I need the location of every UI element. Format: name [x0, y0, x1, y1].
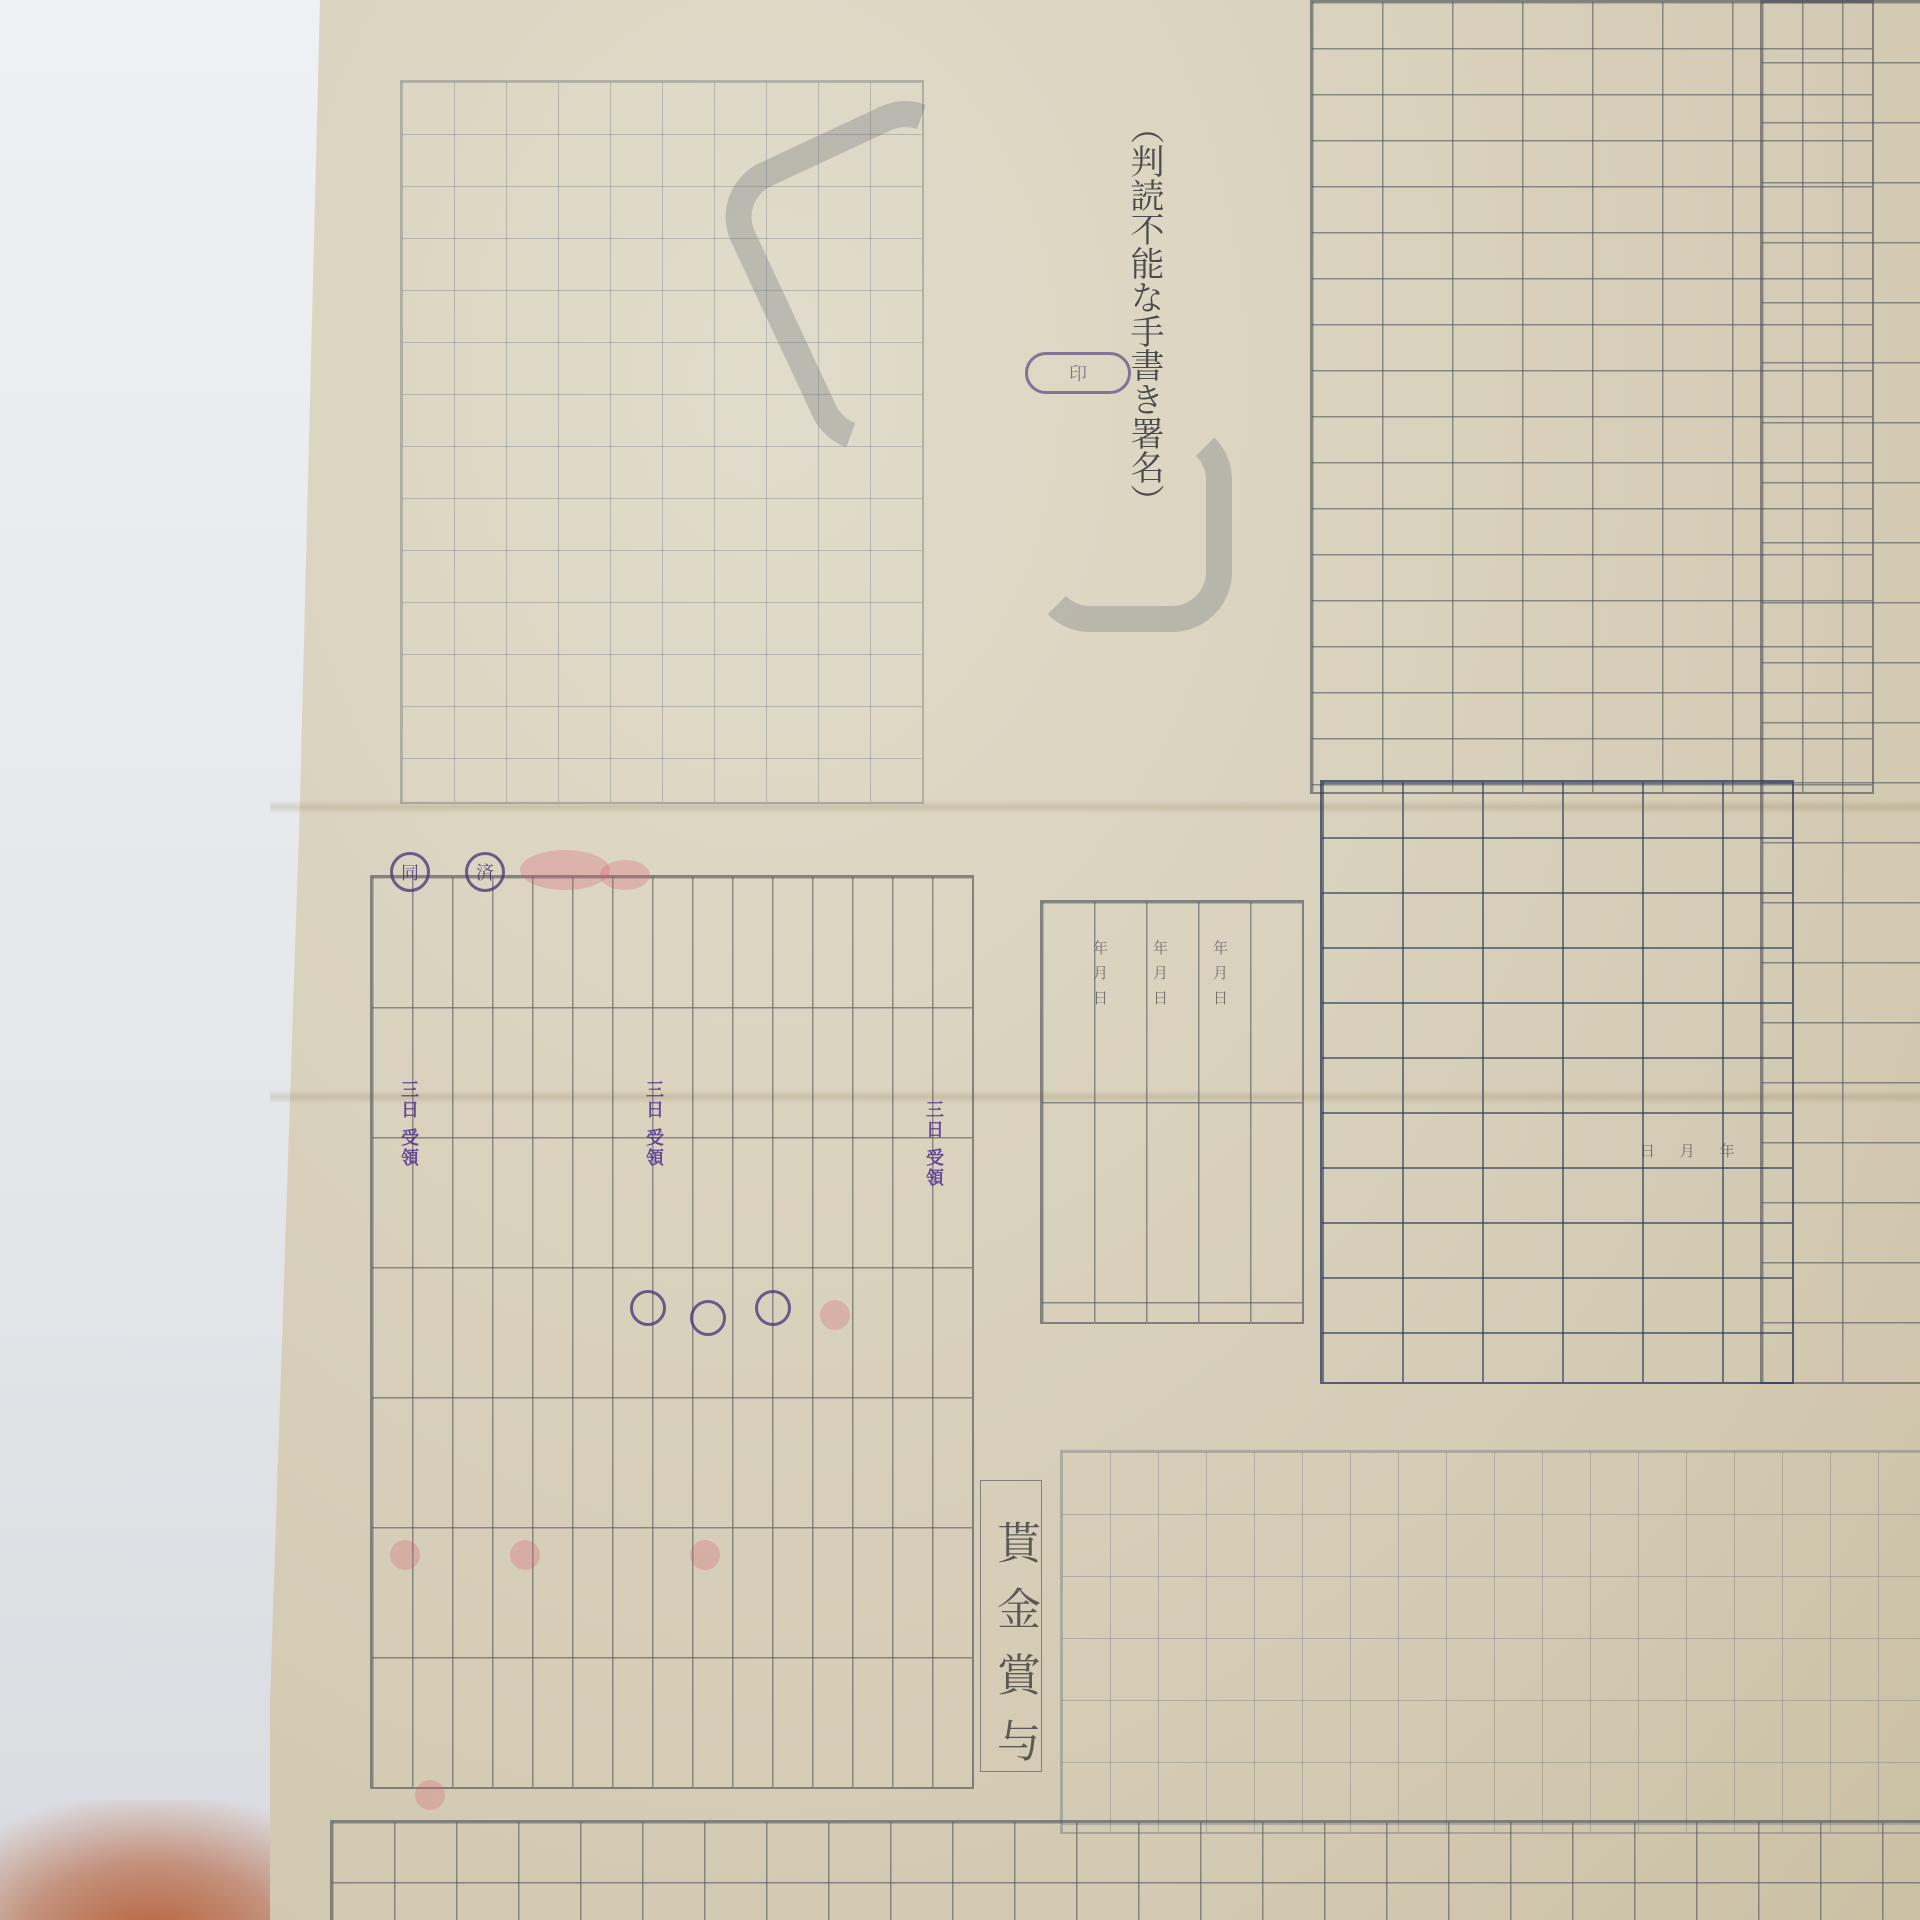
receipt-stamp: 三日 受領: [920, 1100, 946, 1188]
circle-stamp: [690, 1300, 726, 1336]
middle-date-table: [1040, 900, 1304, 1324]
printed-heading: 貰金賞与: [982, 1520, 1046, 1784]
circle-stamp: [630, 1290, 666, 1326]
date-label: 日 月 年: [1640, 1140, 1745, 1161]
red-seal: [510, 1540, 540, 1570]
upper-left-table: [400, 80, 924, 804]
red-seal: [820, 1300, 850, 1330]
oval-seal: 印: [1025, 352, 1131, 394]
left-ledger-table: [370, 875, 974, 1789]
red-seal: [415, 1780, 445, 1810]
circle-stamp: 同: [390, 852, 430, 892]
date-label: 年月日: [1150, 940, 1171, 1015]
receipt-stamp: 三日 受領: [640, 1080, 666, 1168]
blue-ruled-table: [1320, 780, 1794, 1384]
red-seal: [690, 1540, 720, 1570]
lower-right-table: [1060, 1450, 1920, 1834]
circle-stamp: [755, 1290, 791, 1326]
date-label: 年月日: [1210, 940, 1231, 1015]
handwritten-signature: （判読不能な手書き署名）: [1120, 110, 1169, 518]
red-seal: [390, 1540, 420, 1570]
red-seal: [520, 850, 610, 890]
circle-stamp: 済: [465, 852, 505, 892]
date-label: 年月日: [1090, 940, 1111, 1015]
receipt-stamp: 三日 受領: [395, 1080, 421, 1168]
red-seal: [600, 860, 650, 890]
bottom-register-strip: [330, 1820, 1920, 1920]
